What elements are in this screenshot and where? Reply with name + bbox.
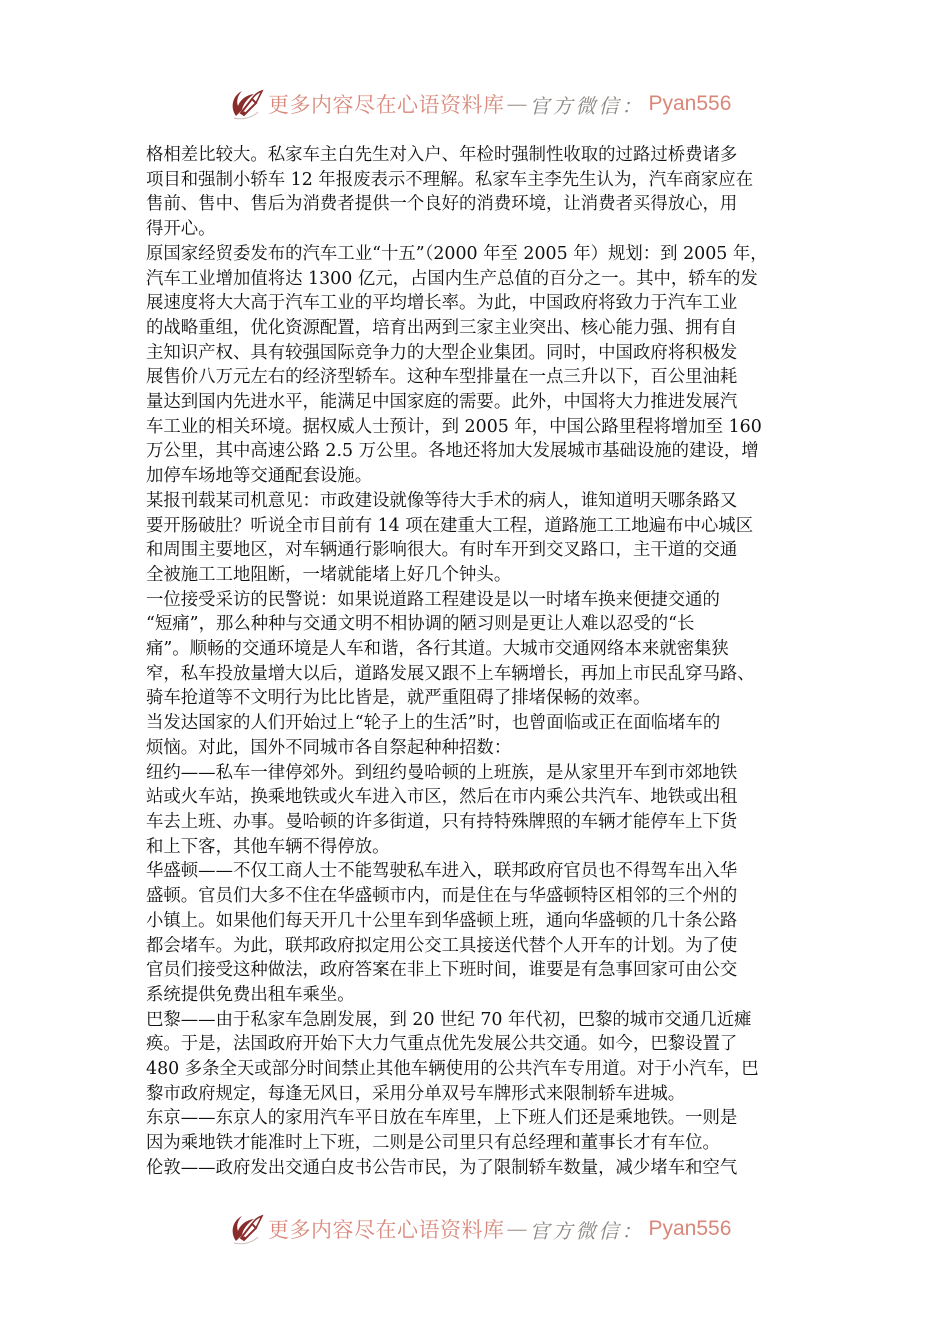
text-line: 窄，私车投放量增大以后，道路发展又跟不上车辆增长，再加上市民乱穿马路、: [146, 662, 822, 687]
text-line: 原国家经贸委发布的汽车工业“十五”（2000 年至 2005 年）规划：到 20…: [146, 242, 822, 267]
text-line: 华盛顿——不仅工商人士不能驾驶私车进入，联邦政府官员也不得驾车出入华: [146, 859, 822, 884]
paragraph-london: 伦敦——政府发出交通白皮书公告市民，为了限制轿车数量，减少堵车和空气: [146, 1156, 822, 1181]
text-line: 纽约——私车一律停郊外。到纽约曼哈顿的上班族，是从家里开车到市郊地铁: [146, 761, 822, 786]
text-line: 万公里，其中高速公路 2.5 万公里。各地还将加大发展城市基础设施的建设，增: [146, 439, 822, 464]
text-line: 烦恼。对此，国外不同城市各自祭起种种招数：: [146, 736, 822, 761]
text-line: 盛顿。官员们大多不住在华盛顿市内，而是住在与华盛顿特区相邻的三个州的: [146, 884, 822, 909]
paragraph-paris: 巴黎——由于私家车急剧发展，到 20 世纪 70 年代初，巴黎的城市交通几近瘫 …: [146, 1008, 822, 1107]
watermark-official-label: 官方微信：: [530, 1215, 645, 1244]
paragraph-tokyo: 东京——东京人的家用汽车平日放在车库里，上下班人们还是乘地铁。一则是 因为乘地铁…: [146, 1106, 822, 1155]
text-line: “短痛”，那么种种与交通文明不相协调的陋习则是更让人难以忍受的“长: [146, 612, 822, 637]
text-line: 加停车场地等交通配套设施。: [146, 464, 822, 489]
quill-pen-icon: [228, 1211, 264, 1247]
text-line: 车工业的相关环境。据权威人士预计，到 2005 年，中国公路里程将增加至 160: [146, 415, 822, 440]
text-line: 展售价八万元左右的经济型轿车。这种车型排量在一点三升以下，百公里油耗: [146, 365, 822, 390]
text-line: 车去上班、办事。曼哈顿的许多街道，只有持特殊牌照的车辆才能停车上下货: [146, 810, 822, 835]
paragraph-driver-opinion: 某报刊载某司机意见：市政建设就像等待大手术的病人，谁知道明天哪条路又 要开肠破肚…: [146, 489, 822, 588]
text-line: 站或火车站，换乘地铁或火车进入市区，然后在市内乘公共汽车、地铁或出租: [146, 785, 822, 810]
document-body: 格相差比较大。私家车主白先生对入户、年检时强制性收取的过路过桥费诸多 项目和强制…: [146, 143, 822, 1181]
text-line: 得开心。: [146, 217, 822, 242]
footer-watermark: 更多内容尽在心语资料库 — 官方微信： Pyan556: [228, 1209, 731, 1249]
text-line: 和周围主要地区，对车辆通行影响很大。有时车开到交叉路口，主干道的交通: [146, 538, 822, 563]
text-line: 和上下客，其他车辆不得停放。: [146, 835, 822, 860]
text-line: 当发达国家的人们开始过上“轮子上的生活”时，也曾面临或正在面临堵车的: [146, 711, 822, 736]
text-line: 官员们接受这种做法，政府答案在非上下班时间，谁要是有急事回家可由公交: [146, 958, 822, 983]
text-line: 东京——东京人的家用汽车平日放在车库里，上下班人们还是乘地铁。一则是: [146, 1106, 822, 1131]
text-line: 伦敦——政府发出交通白皮书公告市民，为了限制轿车数量，减少堵车和空气: [146, 1156, 822, 1181]
text-line: 主知识产权、具有较强国际竞争力的大型企业集团。同时，中国政府将积极发: [146, 341, 822, 366]
paragraph-new-york: 纽约——私车一律停郊外。到纽约曼哈顿的上班族，是从家里开车到市郊地铁 站或火车站…: [146, 761, 822, 860]
text-line: 系统提供免费出租车乘坐。: [146, 983, 822, 1008]
header-watermark: 更多内容尽在心语资料库 — 官方微信： Pyan556: [228, 84, 731, 124]
text-line: 要开肠破肚？听说全市目前有 14 项在建重大工程，道路施工工地遍布中心城区: [146, 514, 822, 539]
paragraph-washington: 华盛顿——不仅工商人士不能驾驶私车进入，联邦政府官员也不得驾车出入华 盛顿。官员…: [146, 859, 822, 1007]
text-line: 售前、售中、售后为消费者提供一个良好的消费环境，让消费者买得放心，用: [146, 192, 822, 217]
text-line: 痛”。顺畅的交通环境是人车和谐，各行其道。大城市交通网络本来就密集狭: [146, 637, 822, 662]
watermark-dash: —: [507, 1217, 528, 1241]
quill-pen-icon: [228, 86, 264, 122]
text-line: 黎市政府规定，每逢无风日，采用分单双号车牌形式来限制轿车进城。: [146, 1082, 822, 1107]
text-line: 的战略重组，优化资源配置，培育出两到三家主业突出、核心能力强、拥有自: [146, 316, 822, 341]
paragraph-car-owners: 格相差比较大。私家车主白先生对入户、年检时强制性收取的过路过桥费诸多 项目和强制…: [146, 143, 822, 242]
text-line: 全被施工工地阻断，一堵就能堵上好几个钟头。: [146, 563, 822, 588]
paragraph-fifteenth-plan: 原国家经贸委发布的汽车工业“十五”（2000 年至 2005 年）规划：到 20…: [146, 242, 822, 489]
watermark-dash: —: [507, 92, 528, 116]
paragraph-developed-countries: 当发达国家的人们开始过上“轮子上的生活”时，也曾面临或正在面临堵车的 烦恼。对此…: [146, 711, 822, 760]
watermark-official-label: 官方微信：: [530, 90, 645, 119]
text-line: 因为乘地铁才能准时上下班，二则是公司里只有总经理和董事长才有车位。: [146, 1131, 822, 1156]
text-line: 量达到国内先进水平，能满足中国家庭的需要。此外，中国将大力推进发展汽: [146, 390, 822, 415]
text-line: 小镇上。如果他们每天开几十公里车到华盛顿上班，通向华盛顿的几十条公路: [146, 909, 822, 934]
text-line: 骑车抢道等不文明行为比比皆是，就严重阻碍了排堵保畅的效率。: [146, 686, 822, 711]
text-line: 格相差比较大。私家车主白先生对入户、年检时强制性收取的过路过桥费诸多: [146, 143, 822, 168]
text-line: 展速度将大大高于汽车工业的平均增长率。为此，中国政府将致力于汽车工业: [146, 291, 822, 316]
text-line: 痪。于是，法国政府开始下大力气重点优先发展公共交通。如今，巴黎设置了: [146, 1032, 822, 1057]
text-line: 汽车工业增加值将达 1300 亿元，占国内生产总值的百分之一。其中，轿车的发: [146, 267, 822, 292]
watermark-brand: 更多内容尽在心语资料库: [268, 89, 505, 119]
text-line: 某报刊载某司机意见：市政建设就像等待大手术的病人，谁知道明天哪条路又: [146, 489, 822, 514]
text-line: 巴黎——由于私家车急剧发展，到 20 世纪 70 年代初，巴黎的城市交通几近瘫: [146, 1008, 822, 1033]
text-line: 项目和强制小轿车 12 年报废表示不理解。私家车主李先生认为，汽车商家应在: [146, 168, 822, 193]
watermark-wechat-id: Pyan556: [649, 92, 732, 116]
text-line: 一位接受采访的民警说：如果说道路工程建设是以一时堵车换来便捷交通的: [146, 588, 822, 613]
text-line: 480 多条全天或部分时间禁止其他车辆使用的公共汽车专用道。对于小汽车，巴: [146, 1057, 822, 1082]
watermark-wechat-id: Pyan556: [649, 1217, 732, 1241]
paragraph-police-opinion: 一位接受采访的民警说：如果说道路工程建设是以一时堵车换来便捷交通的 “短痛”，那…: [146, 588, 822, 712]
watermark-brand: 更多内容尽在心语资料库: [268, 1214, 505, 1244]
text-line: 都会堵车。为此，联邦政府拟定用公交工具接送代替个人开车的计划。为了使: [146, 934, 822, 959]
